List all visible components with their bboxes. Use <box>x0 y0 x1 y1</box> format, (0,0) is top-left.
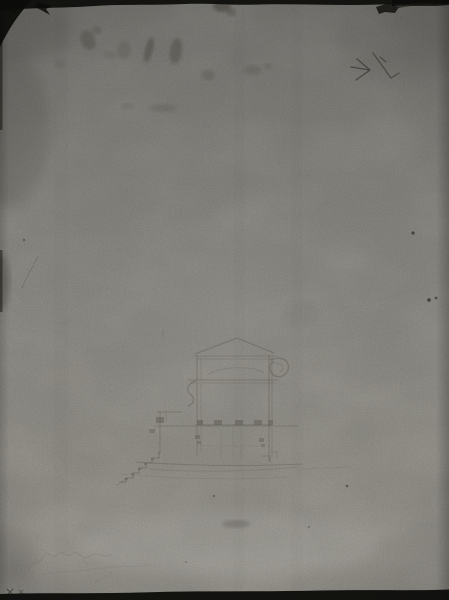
corner-notch-blob <box>10 6 17 13</box>
photo-edges <box>0 0 449 600</box>
vignette-overlay <box>0 0 449 600</box>
drawing-canvas <box>0 0 449 600</box>
right-edge-shade <box>436 0 449 600</box>
left-edge-dark-mid <box>0 250 3 312</box>
photographed-drawing <box>0 0 449 600</box>
